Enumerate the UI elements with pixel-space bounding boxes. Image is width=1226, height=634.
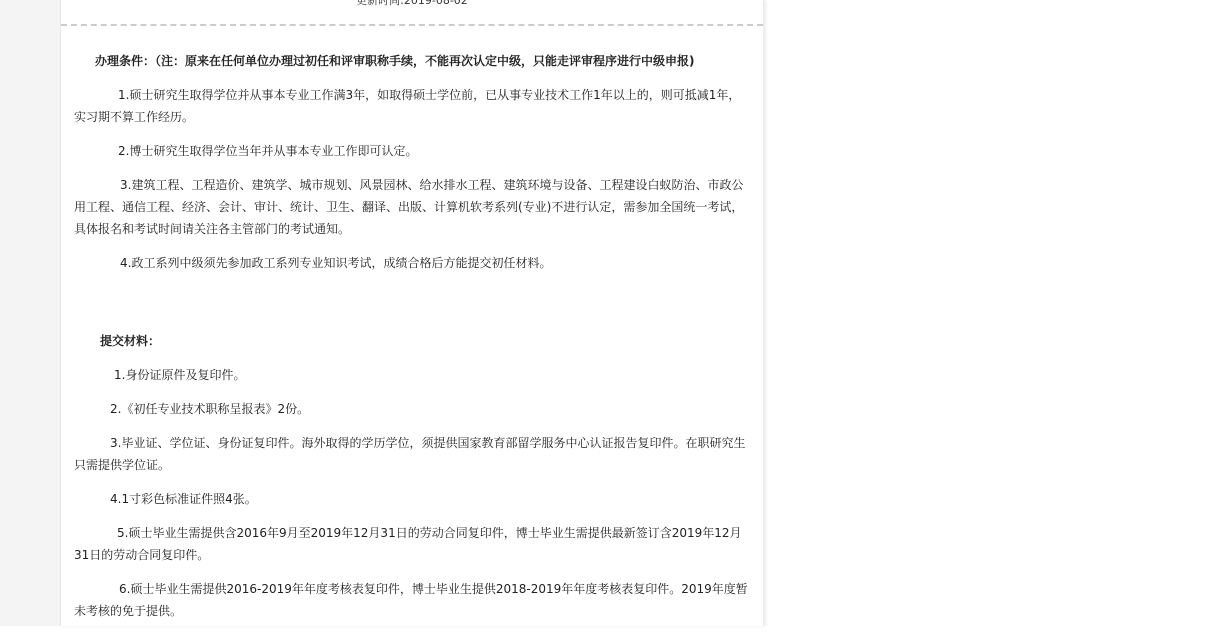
section-spacer bbox=[74, 286, 750, 330]
condition-item: 3.建筑工程、工程造价、建筑学、城市规划、风景园林、给水排水工程、建筑环境与设备… bbox=[74, 174, 750, 240]
condition-item: 1.硕士研究生取得学位并从事本专业工作满3年，如取得硕士学位前，已从事专业技术工… bbox=[74, 84, 750, 128]
material-item: 4.1寸彩色标准证件照4张。 bbox=[74, 488, 750, 510]
page-gutter bbox=[0, 0, 60, 626]
material-item: 3.毕业证、学位证、身份证复印件。海外取得的学历学位，须提供国家教育部留学服务中… bbox=[74, 432, 750, 476]
conditions-heading: 办理条件：（注：原来在任何单位办理过初任和评审职称手续，不能再次认定中级，只能走… bbox=[74, 50, 750, 72]
document-content: 办理条件：（注：原来在任何单位办理过初任和评审职称手续，不能再次认定中级，只能走… bbox=[74, 50, 750, 626]
update-time: 更新时间:2019-08-02 bbox=[61, 0, 763, 9]
dashed-divider bbox=[61, 24, 763, 26]
condition-item: 2.博士研究生取得学位当年并从事本专业工作即可认定。 bbox=[74, 140, 750, 162]
material-item: 1.身份证原件及复印件。 bbox=[74, 364, 750, 386]
document-page: 更新时间:2019-08-02 办理条件：（注：原来在任何单位办理过初任和评审职… bbox=[60, 0, 764, 626]
material-item: 5.硕士毕业生需提供含2016年9月至2019年12月31日的劳动合同复印件，博… bbox=[74, 522, 750, 566]
material-item: 2.《初任专业技术职称呈报表》2份。 bbox=[74, 398, 750, 420]
condition-item: 4.政工系列中级须先参加政工系列专业知识考试，成绩合格后方能提交初任材料。 bbox=[74, 252, 750, 274]
materials-heading: 提交材料： bbox=[74, 330, 750, 352]
material-item: 6.硕士毕业生需提供2016-2019年年度考核表复印件，博士毕业生提供2018… bbox=[74, 578, 750, 622]
